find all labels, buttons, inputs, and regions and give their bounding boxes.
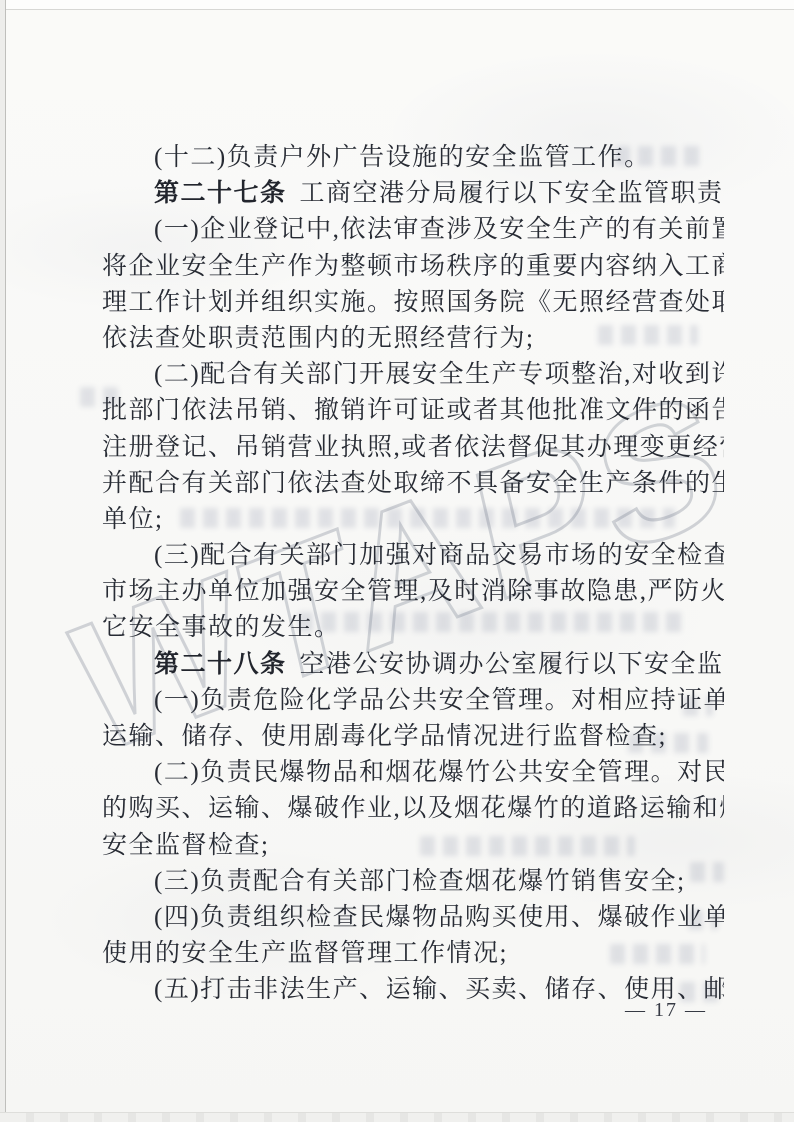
text-line: 批部门依法吊销、撤销许可证或者其他批准文件的函告后,撤销 <box>102 393 724 429</box>
scan-edge-bottom <box>0 1112 794 1122</box>
text-line: 单位; <box>102 502 724 538</box>
text-line: 它安全事故的发生。 <box>102 610 724 646</box>
text-line: (三)负责配合有关部门检查烟花爆竹销售安全; <box>102 864 724 900</box>
text-line: 安全监督检查; <box>102 828 724 864</box>
text-line: 使用的安全生产监督管理工作情况; <box>102 936 724 972</box>
text-line: 理工作计划并组织实施。按照国务院《无照经营查处取缔办法》, <box>102 285 724 321</box>
text-line: (一)负责危险化学品公共安全管理。对相应持证单位购买、 <box>102 683 724 719</box>
text-line: 第二十八条空港公安协调办公室履行以下安全监管职责: <box>102 647 724 683</box>
scan-edge-left <box>0 0 6 1122</box>
document-lines: (十二)负责户外广告设施的安全监管工作。第二十七条工商空港分局履行以下安全监管职… <box>102 140 724 1009</box>
text-line: (一)企业登记中,依法审查涉及安全生产的有关前置许可, <box>102 212 724 248</box>
scan-edge-top <box>0 0 794 10</box>
text-line: 依法查处职责范围内的无照经营行为; <box>102 321 724 357</box>
page-number: — 17 — <box>606 999 726 1022</box>
article-heading: 第二十七条 <box>154 180 287 207</box>
text-line: (二)配合有关部门开展安全生产专项整治,对收到许可审 <box>102 357 724 393</box>
text-line: 的购买、运输、爆破作业,以及烟花爆竹的道路运输和燃放实施 <box>102 791 724 827</box>
text-line: (十二)负责户外广告设施的安全监管工作。 <box>102 140 724 176</box>
text-line: (二)负责民爆物品和烟花爆竹公共安全管理。对民爆物品 <box>102 755 724 791</box>
text-line: 第二十七条工商空港分局履行以下安全监管职责: <box>102 176 724 212</box>
scanned-document-page: { "colors": { "ink": "#272b34", "paper":… <box>0 0 794 1122</box>
text-line: 并配合有关部门依法查处取缔不具备安全生产条件的生产经营 <box>102 466 724 502</box>
text-line: 注册登记、吊销营业执照,或者依法督促其办理变更经营范围, <box>102 430 724 466</box>
text-line: 运输、储存、使用剧毒化学品情况进行监督检查; <box>102 719 724 755</box>
text-line: (四)负责组织检查民爆物品购买使用、爆破作业单位储存、 <box>102 900 724 936</box>
text-line: 将企业安全生产作为整顿市场秩序的重要内容纳入工商行政管 <box>102 249 724 285</box>
text-line: (三)配合有关部门加强对商品交易市场的安全检查,督促 <box>102 538 724 574</box>
article-heading: 第二十八条 <box>154 651 287 678</box>
text-line: 市场主办单位加强安全管理,及时消除事故隐患,严防火灾和其 <box>102 574 724 610</box>
